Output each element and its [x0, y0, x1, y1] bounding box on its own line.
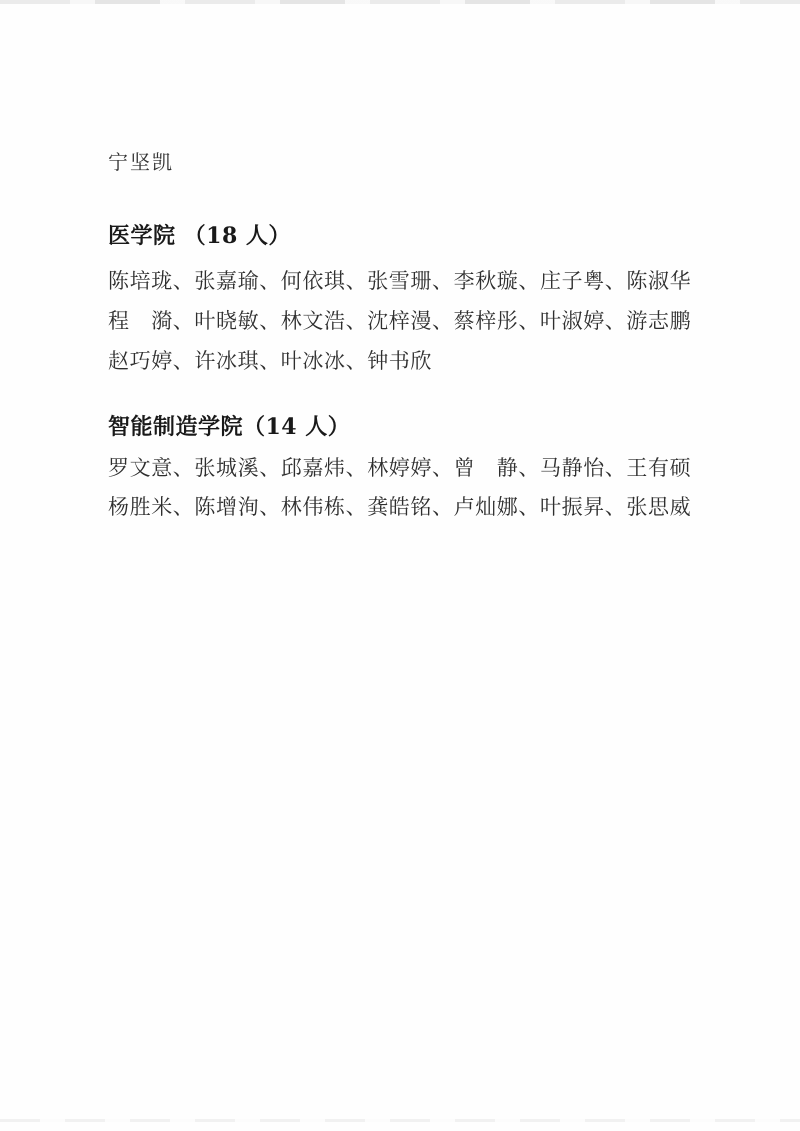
scan-artifact-bottom	[0, 1119, 800, 1122]
names-line: 罗文意、张城溪、邱嘉炜、林婷婷、曾 静、马静怡、王有硕	[108, 452, 691, 482]
scan-artifact-top	[0, 0, 800, 4]
names-line: 程 漪、叶晓敏、林文浩、沈梓漫、蔡梓彤、叶淑婷、游志鹏	[108, 305, 691, 335]
section-heading-medical: 医学院 （18 人）	[108, 219, 291, 250]
names-line: 赵巧婷、许冰琪、叶冰冰、钟书欣	[108, 345, 432, 375]
section-heading-intelligent-manufacturing: 智能制造学院（14 人）	[108, 410, 350, 441]
document-page: 宁坚凯 医学院 （18 人） 陈培珑、张嘉瑜、何依琪、张雪珊、李秋璇、庄子粤、陈…	[0, 0, 800, 1131]
signature-name: 宁坚凯	[108, 146, 174, 175]
names-line: 陈培珑、张嘉瑜、何依琪、张雪珊、李秋璇、庄子粤、陈淑华	[108, 265, 691, 295]
names-line: 杨胜米、陈增洵、林伟栋、龚皓铭、卢灿娜、叶振昇、张思威	[108, 491, 691, 521]
